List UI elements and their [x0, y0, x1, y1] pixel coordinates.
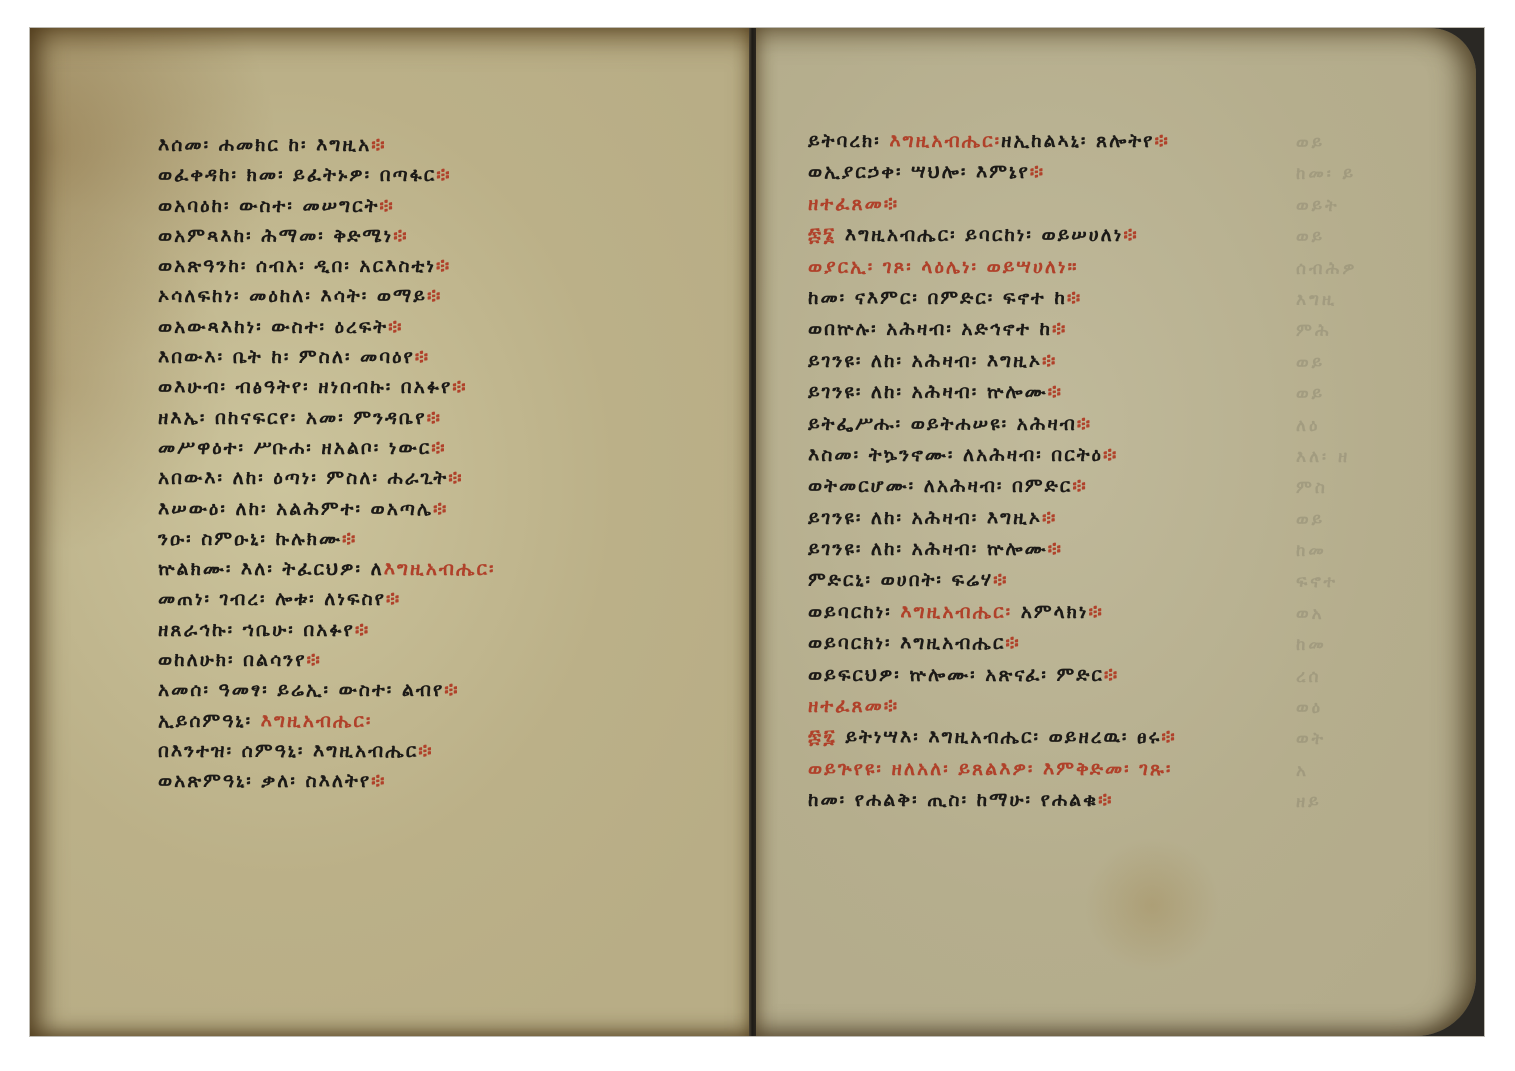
- line-text: መሥዋዕተ፡ ሥቡሐ፡ ዘአልቦ፡ ነውር: [158, 437, 431, 459]
- manuscript-line: ዘተፈጸመ፨: [808, 691, 1177, 722]
- line-text: ይገንዩ፡ ለከ፡ አሕዛብ፡ ኵሎሙ: [808, 538, 1048, 560]
- right-page: ወይ ከመ፡ ይ ወይት ወይ ሰብሕዎ እግዚ ምሕ ወይ ወይ ለዕ እለ፡…: [756, 28, 1476, 1036]
- bleed-through-line: ወይ: [1296, 222, 1357, 253]
- line-text: ወእሁብ፡ ብፅዓትየ፡ ዘነበብኩ፡ በአፉየ: [158, 376, 452, 398]
- rubric-mark: ፨: [393, 225, 408, 247]
- rubric-mark: ፨: [418, 740, 433, 762]
- rubric-mark: ፨: [1042, 350, 1057, 372]
- rubric-text: ወይጕየዩ፡ ዘለአለ፡ ይጸልእዎ፡ እምቅድመ፡ ገጹ፡: [808, 758, 1172, 780]
- line-text: ኦሳለፍከነ፡ መዕከለ፡ እሳት፡ ወማይ: [158, 285, 427, 307]
- left-page: እሰመ፡ ሐመክር ከ፡ እግዚአ፨ ወፈቀዳከ፡ ክመ፡ ይፈትኑዎ፡ በጣፋ…: [30, 28, 750, 1036]
- rubric-mark: ፨: [444, 679, 459, 701]
- rubric-mark: ፨: [1072, 475, 1087, 497]
- manuscript-line: ፷፮ እግዚአብሔር፡ ይባርከነ፡ ወይሠሀለነ፨: [808, 220, 1177, 251]
- rubric-mark: ፨: [1103, 444, 1118, 466]
- manuscript-line: ወትመርሆሙ፡ ለአሕዛብ፡ በምድር፨: [808, 471, 1177, 502]
- bleed-through-line: ረሰ: [1296, 662, 1357, 693]
- rubric-mark: ፨: [306, 649, 321, 671]
- line-text: አበውእ፡ ለከ፡ ዕጣነ፡ ምስለ፡ ሐራጊት: [158, 467, 448, 489]
- rubric-text: ፷፮: [808, 224, 845, 246]
- rubric-mark: እግዚአብሔር፡: [384, 558, 496, 580]
- bleed-through-line: ወት: [1296, 724, 1357, 755]
- manuscript-line: ወአባዕከ፡ ውስተ፡ መሠግርት፨: [158, 191, 495, 221]
- rubric-mark: ፨: [1048, 381, 1063, 403]
- manuscript-line: በእንተዝ፡ ሰምዓኒ፡ እግዚአብሔር፨: [158, 736, 495, 766]
- bleed-through-line: ሰብሕዎ: [1296, 254, 1357, 285]
- bleed-through-line: ወይ: [1296, 348, 1357, 379]
- bleed-through-line: ከመ: [1296, 630, 1357, 661]
- manuscript-photo: እሰመ፡ ሐመክር ከ፡ እግዚአ፨ ወፈቀዳከ፡ ክመ፡ ይፈትኑዎ፡ በጣፋ…: [30, 28, 1484, 1036]
- bleed-through-line: አ: [1296, 756, 1357, 787]
- rubric-mark: ፨: [371, 770, 386, 792]
- rubric-text: እግዚአብሔር፡: [889, 130, 1001, 152]
- line-text: ዘእኤ፡ በከናፍርየ፡ አመ፡ ምንዳቤየ: [158, 407, 427, 429]
- manuscript-line: እበውእ፡ ቤት ከ፡ ምስለ፡ መባዕየ፨: [158, 342, 495, 372]
- rubric-mark: ፨: [379, 195, 394, 217]
- manuscript-line: ንዑ፡ ስምዑኒ፡ ኩሉክሙ፨: [158, 524, 495, 554]
- left-text-block: እሰመ፡ ሐመክር ከ፡ እግዚአ፨ ወፈቀዳከ፡ ክመ፡ ይፈትኑዎ፡ በጣፋ…: [158, 130, 495, 797]
- line-text: እበውእ፡ ቤት ከ፡ ምስለ፡ መባዕየ: [158, 346, 415, 368]
- rubric-mark: ፨: [1048, 538, 1063, 560]
- bleed-through-line: ወይ: [1296, 128, 1357, 159]
- line-text: ወይፍርህዎ፡ ኵሎሙ፡ አጽናፈ፡ ምድር: [808, 664, 1104, 686]
- manuscript-line: ወአምጻእከ፡ ሕማመ፡ ቅድሜነ፨: [158, 221, 495, 251]
- rubric-mark: ፨: [1154, 130, 1169, 152]
- manuscript-line: ወበኵሉ፡ አሕዛብ፡ አድኅኖተ ከ፨: [808, 314, 1177, 345]
- manuscript-line: መሥዋዕተ፡ ሥቡሐ፡ ዘአልቦ፡ ነውር፨: [158, 433, 495, 463]
- line-text: ይገንዩ፡ ለከ፡ አሕዛብ፡ እግዚኦ: [808, 350, 1042, 372]
- manuscript-line: ወያርኢ፡ ገጾ፡ ላዕሌነ፡ ወይሣሀለነ።: [808, 252, 1177, 283]
- rubric-mark: ፨: [431, 437, 446, 459]
- rubric-mark: ፨: [427, 285, 442, 307]
- bleed-through-line: ለዕ: [1296, 411, 1357, 442]
- line-text: ወይባርክነ፡ እግዚአብሔር: [808, 632, 1005, 654]
- rubric-text: ፷፯: [808, 726, 845, 748]
- manuscript-line: ዘተፈጸመ፨: [808, 189, 1177, 220]
- line-text-cont: ይትነሣእ፡ እግዚአብሔር፡ ወይዘረዉ፡ ፀሩ: [845, 726, 1161, 748]
- line-text: ወይባርከነ፡: [808, 601, 900, 623]
- rubric-mark: ፨: [1030, 161, 1045, 183]
- manuscript-line: ወይባርክነ፡ እግዚአብሔር፨: [808, 628, 1177, 659]
- manuscript-line: ወከለሁክ፡ በልሳንየ፨: [158, 645, 495, 675]
- manuscript-line: ኵልክሙ፡ እለ፡ ትፈርህዎ፡ ለእግዚአብሔር፡: [158, 554, 495, 584]
- manuscript-line: እስመ፡ ትኴንኖሙ፡ ለአሕዛብ፡ በርትዕ፨: [808, 440, 1177, 471]
- manuscript-line: ይገንዩ፡ ለከ፡ አሕዛብ፡ ኵሎሙ፨: [808, 377, 1177, 408]
- manuscript-line: ይትፌሥሑ፡ ወይትሐሠዩ፡ አሕዛብ፨: [808, 409, 1177, 440]
- manuscript-line: ወይጕየዩ፡ ዘለአለ፡ ይጸልእዎ፡ እምቅድመ፡ ገጹ፡: [808, 754, 1177, 785]
- rubric-text: እግዚአብሔር፡: [900, 601, 1012, 623]
- rubric-mark: ፨: [448, 467, 463, 489]
- manuscript-line: ወኢያርኃቀ፡ ሣህሎ፡ እምኔየ፨: [808, 157, 1177, 188]
- rubric-mark: ፨: [433, 498, 448, 520]
- line-text-cont: እግዚአብሔር፡ ይባርከነ፡ ወይሠሀለነ: [845, 224, 1123, 246]
- bleed-through-line: ወይ: [1296, 505, 1357, 536]
- rubric-mark: ፨: [1161, 726, 1176, 748]
- line-text: ይትፌሥሑ፡ ወይትሐሠዩ፡ አሕዛብ: [808, 413, 1077, 435]
- line-text: ወአውጻእከነ፡ ውስተ፡ ዕረፍት: [158, 316, 388, 338]
- rubric-mark: ፨: [452, 376, 467, 398]
- manuscript-line: ወይባርከነ፡ እግዚአብሔር፡ አምላክነ፨: [808, 597, 1177, 628]
- line-text-cont: አምላክነ: [1012, 601, 1088, 623]
- bleed-through-line: ከመ፡ ይ: [1296, 159, 1357, 190]
- manuscript-line: እሠውዕ፡ ለከ፡ አልሕምተ፡ ወአጣሌ፨: [158, 494, 495, 524]
- bleed-through-line: እለ፡ ዘ: [1296, 442, 1357, 473]
- rubric-mark: ፨: [1077, 413, 1092, 435]
- line-text: ይገንዩ፡ ለከ፡ አሕዛብ፡ ኵሎሙ: [808, 381, 1048, 403]
- rubric-text: ዘተፈጸመ፨: [808, 695, 899, 717]
- line-text: ወአጽዓንከ፡ ሰብአ፡ ዲበ፡ አርእስቲነ: [158, 255, 436, 277]
- line-text: ኢይሰምዓኒ፡: [158, 710, 261, 732]
- manuscript-line: ይገንዩ፡ ለከ፡ አሕዛብ፡ እግዚኦ፨: [808, 503, 1177, 534]
- book-spine: [749, 28, 756, 1036]
- manuscript-line: መጠነ፡ ገብረ፡ ሎቱ፡ ለነፍስየ፨: [158, 584, 495, 614]
- manuscript-line: ወይፍርህዎ፡ ኵሎሙ፡ አጽናፈ፡ ምድር፨: [808, 660, 1177, 691]
- bleed-through-line: እግዚ: [1296, 285, 1357, 316]
- line-text: ከመ፡ ናእምር፡ በምድር፡ ፍኖተ ከ: [808, 287, 1067, 309]
- manuscript-line: ወአጽዓንከ፡ ሰብአ፡ ዲበ፡ አርእስቲነ፨: [158, 251, 495, 281]
- line-text: ወከለሁክ፡ በልሳንየ: [158, 649, 306, 671]
- line-text: ንዑ፡ ስምዑኒ፡ ኩሉክሙ: [158, 528, 342, 550]
- rubric-mark: ፨: [1123, 224, 1138, 246]
- rubric-mark: ፨: [427, 407, 442, 429]
- bleed-through-line: ከመ: [1296, 536, 1357, 567]
- line-text: ከመ፡ የሐልቅ፡ ጢስ፡ ከማሁ፡ የሐልቁ: [808, 789, 1098, 811]
- rubric-mark: ፨: [436, 255, 451, 277]
- rubric-text: ዘተፈጸመ፨: [808, 193, 899, 215]
- line-text: መጠነ፡ ገብረ፡ ሎቱ፡ ለነፍስየ: [158, 588, 386, 610]
- bleed-through-line: ወይት: [1296, 191, 1357, 222]
- rubric-text: ወያርኢ፡ ገጾ፡ ላዕሌነ፡ ወይሣሀለነ።: [808, 256, 1078, 278]
- line-text: ወአባዕከ፡ ውስተ፡ መሠግርት: [158, 195, 379, 217]
- rubric-mark: ፨: [1067, 287, 1082, 309]
- manuscript-line: ወአውጻእከነ፡ ውስተ፡ ዕረፍት፨: [158, 312, 495, 342]
- manuscript-line: ዘጸራኅኩ፡ ኀቤሁ፡ በአፉየ፨: [158, 615, 495, 645]
- manuscript-line: ኦሳለፍከነ፡ መዕከለ፡ እሳት፡ ወማይ፨: [158, 281, 495, 311]
- manuscript-line: ይገንዩ፡ ለከ፡ አሕዛብ፡ ኵሎሙ፨: [808, 534, 1177, 565]
- line-text-cont: ዘኢከልኣኒ፡ ጸሎትየ: [1001, 130, 1154, 152]
- rubric-mark: ፨: [342, 528, 357, 550]
- manuscript-line: አበውእ፡ ለከ፡ ዕጣነ፡ ምስለ፡ ሐራጊት፨: [158, 463, 495, 493]
- manuscript-line: ወእሁብ፡ ብፅዓትየ፡ ዘነበብኩ፡ በአፉየ፨: [158, 372, 495, 402]
- rubric-mark: ፨: [993, 569, 1008, 591]
- line-text: እሠውዕ፡ ለከ፡ አልሕምተ፡ ወአጣሌ: [158, 498, 433, 520]
- bleed-through-text: ወይ ከመ፡ ይ ወይት ወይ ሰብሕዎ እግዚ ምሕ ወይ ወይ ለዕ እለ፡…: [1296, 128, 1357, 819]
- line-text: ወአጽምዓኒ፡ ቃለ፡ ስእለትየ: [158, 770, 371, 792]
- manuscript-line: ይገንዩ፡ ለከ፡ አሕዛብ፡ እግዚኦ፨: [808, 346, 1177, 377]
- line-text: ወአምጻእከ፡ ሕማመ፡ ቅድሜነ: [158, 225, 393, 247]
- line-text: ወትመርሆሙ፡ ለአሕዛብ፡ በምድር: [808, 475, 1072, 497]
- rubric-mark: ፨: [1005, 632, 1020, 654]
- bleed-through-line: ምስ: [1296, 473, 1357, 504]
- rubric-mark: ፨: [415, 346, 430, 368]
- rubric-mark: ፨: [1088, 601, 1103, 623]
- rubric-mark: ፨: [371, 134, 386, 156]
- bleed-through-line: ምሕ: [1296, 316, 1357, 347]
- bleed-through-line: ፍኖተ: [1296, 567, 1357, 598]
- line-text: እሰመ፡ ሐመክር ከ፡ እግዚአ: [158, 134, 371, 156]
- rubric-mark: ፨: [436, 164, 451, 186]
- manuscript-line: አመሰ፡ ዓመፃ፡ ይሬኢ፡ ውስተ፡ ልብየ፨: [158, 675, 495, 705]
- rubric-mark: ፨: [1042, 507, 1057, 529]
- line-text: ይትባረክ፡: [808, 130, 889, 152]
- bleed-through-line: ዘይ: [1296, 787, 1357, 818]
- manuscript-line: ወአጽምዓኒ፡ ቃለ፡ ስእለትየ፨: [158, 766, 495, 796]
- right-text-block: ይትባረክ፡ እግዚአብሔር፡ዘኢከልኣኒ፡ ጸሎትየ፨ ወኢያርኃቀ፡ ሣህሎ…: [808, 126, 1177, 817]
- manuscript-line: እሰመ፡ ሐመክር ከ፡ እግዚአ፨: [158, 130, 495, 160]
- manuscript-line: ከመ፡ የሐልቅ፡ ጢስ፡ ከማሁ፡ የሐልቁ፨: [808, 785, 1177, 816]
- manuscript-line: ወፈቀዳከ፡ ክመ፡ ይፈትኑዎ፡ በጣፋር፨: [158, 160, 495, 190]
- line-text: ምድርኒ፡ ወሀበት፡ ፍሬሃ: [808, 569, 993, 591]
- line-text: እስመ፡ ትኴንኖሙ፡ ለአሕዛብ፡ በርትዕ: [808, 444, 1103, 466]
- bleed-through-line: ወዕ: [1296, 693, 1357, 724]
- rubric-mark: ፨: [355, 619, 370, 641]
- manuscript-line: ዘእኤ፡ በከናፍርየ፡ አመ፡ ምንዳቤየ፨: [158, 403, 495, 433]
- rubric-mark: ፨: [388, 316, 403, 338]
- manuscript-line: ኢይሰምዓኒ፡ እግዚአብሔር፡: [158, 706, 495, 736]
- manuscript-line: ይትባረክ፡ እግዚአብሔር፡ዘኢከልኣኒ፡ ጸሎትየ፨: [808, 126, 1177, 157]
- rubric-mark: ፨: [1052, 318, 1067, 340]
- line-text: ወፈቀዳከ፡ ክመ፡ ይፈትኑዎ፡ በጣፋር: [158, 164, 436, 186]
- bleed-through-line: ወአ: [1296, 599, 1357, 630]
- manuscript-line: ምድርኒ፡ ወሀበት፡ ፍሬሃ፨: [808, 565, 1177, 596]
- rubric-mark: ፨: [1098, 789, 1113, 811]
- line-text: አመሰ፡ ዓመፃ፡ ይሬኢ፡ ውስተ፡ ልብየ: [158, 679, 444, 701]
- rubric-mark: ፨: [1104, 664, 1119, 686]
- line-text: ወበኵሉ፡ አሕዛብ፡ አድኅኖተ ከ: [808, 318, 1052, 340]
- line-text: ኵልክሙ፡ እለ፡ ትፈርህዎ፡ ለ: [158, 558, 384, 580]
- line-text: ወኢያርኃቀ፡ ሣህሎ፡ እምኔየ: [808, 161, 1030, 183]
- line-text: ዘጸራኅኩ፡ ኀቤሁ፡ በአፉየ: [158, 619, 355, 641]
- line-text: ይገንዩ፡ ለከ፡ አሕዛብ፡ እግዚኦ: [808, 507, 1042, 529]
- rubric-mark: ፨: [386, 588, 401, 610]
- manuscript-line: ከመ፡ ናእምር፡ በምድር፡ ፍኖተ ከ፨: [808, 283, 1177, 314]
- bleed-through-line: ወይ: [1296, 379, 1357, 410]
- rubric-mark: እግዚአብሔር፡: [261, 710, 373, 732]
- line-text: በእንተዝ፡ ሰምዓኒ፡ እግዚአብሔር: [158, 740, 418, 762]
- manuscript-line: ፷፯ ይትነሣእ፡ እግዚአብሔር፡ ወይዘረዉ፡ ፀሩ፨: [808, 722, 1177, 753]
